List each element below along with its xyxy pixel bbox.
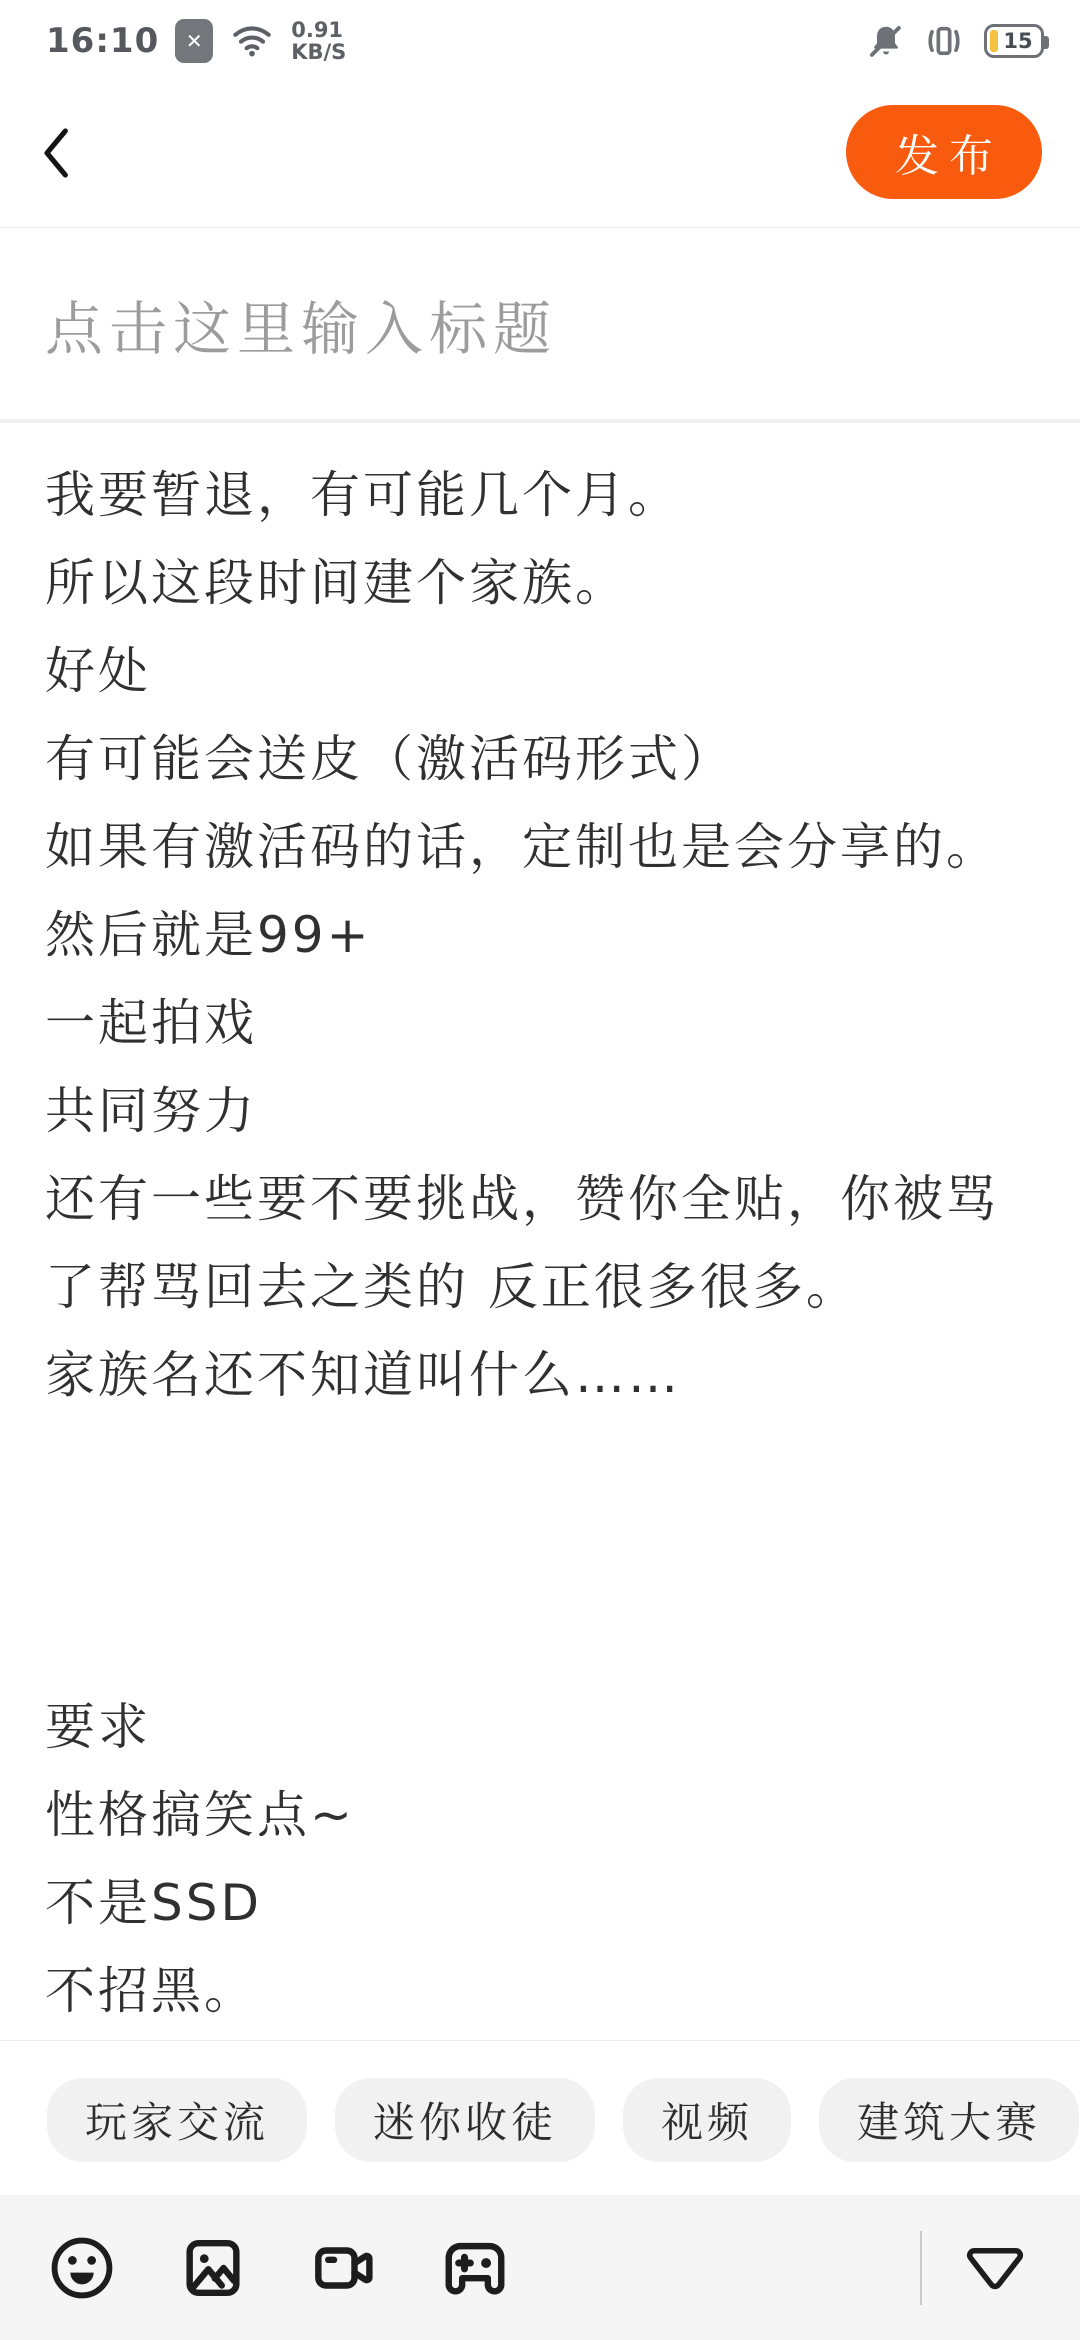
vibrate-icon [922, 21, 966, 61]
keyboard-collapse-icon[interactable] [964, 2245, 1026, 2291]
nav-bar: 发布 [0, 75, 1080, 228]
gamepad-icon[interactable] [440, 2233, 510, 2303]
status-bar: 16:10 ✕ 0.91 KB/S [0, 0, 1080, 75]
status-bar-right: 15 [868, 21, 1044, 61]
wifi-icon [229, 21, 275, 61]
back-chevron-icon [36, 125, 80, 181]
network-speed: 0.91 KB/S [291, 19, 346, 63]
tag-chip-video[interactable]: 视频 [623, 2078, 791, 2162]
tag-chip-player-exchange[interactable]: 玩家交流 [47, 2078, 307, 2162]
body-text: 我要暂退，有可能几个月。 所以这段时间建个家族。 好处 有可能会送皮（激活码形式… [45, 451, 1040, 2035]
battery-icon: 15 [984, 24, 1044, 58]
editor-toolbar [0, 2195, 1080, 2340]
back-button[interactable] [36, 125, 80, 181]
tag-chip-building-contest[interactable]: 建筑大赛 [819, 2078, 1079, 2162]
battery-level-fill [990, 30, 998, 52]
image-icon[interactable] [178, 2233, 248, 2303]
title-placeholder: 点击这里输入标题 [45, 282, 557, 366]
publish-button[interactable]: 发布 [846, 105, 1042, 199]
toolbar-divider [920, 2231, 922, 2305]
post-editor-screen: 16:10 ✕ 0.91 KB/S [0, 0, 1080, 2340]
status-bar-left: 16:10 ✕ 0.91 KB/S [46, 19, 346, 63]
battery-percent: 15 [1003, 29, 1032, 53]
video-camera-icon[interactable] [309, 2233, 379, 2303]
title-input[interactable]: 点击这里输入标题 [0, 228, 1080, 423]
body-editor[interactable]: 我要暂退，有可能几个月。 所以这段时间建个家族。 好处 有可能会送皮（激活码形式… [0, 423, 1080, 2040]
sim-error-icon: ✕ [175, 19, 213, 63]
notifications-off-icon [868, 22, 904, 60]
tag-chip-row: 玩家交流 迷你收徒 视频 建筑大赛 [0, 2040, 1080, 2195]
clock: 16:10 [46, 21, 159, 61]
emoji-icon[interactable] [47, 2233, 117, 2303]
tag-chip-mini-apprentice[interactable]: 迷你收徒 [335, 2078, 595, 2162]
